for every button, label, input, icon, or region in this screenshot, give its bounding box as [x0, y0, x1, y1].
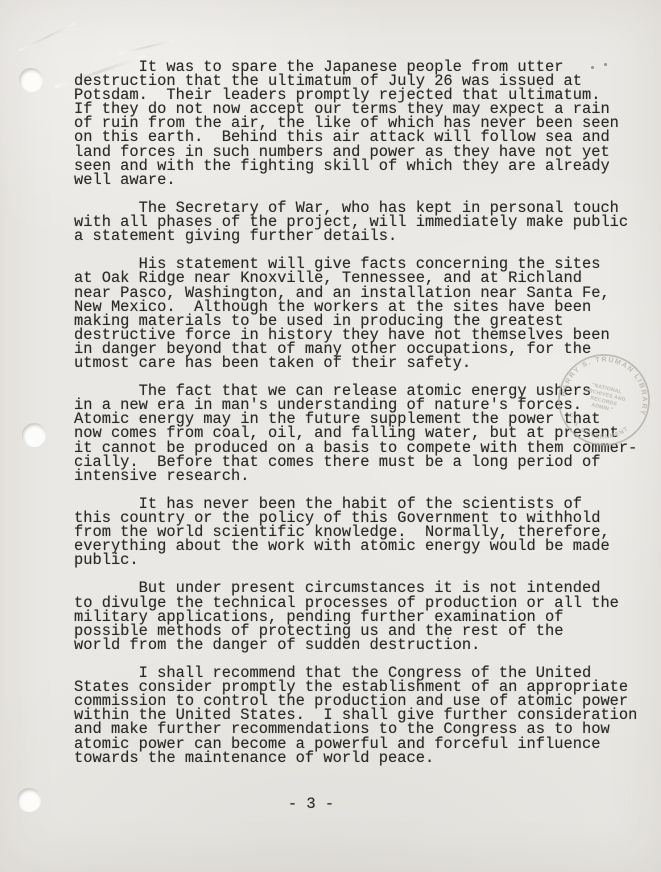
hole-punch	[22, 423, 46, 447]
paragraph: The Secretary of War, who has kept in pe…	[74, 201, 637, 243]
paragraph: It was to spare the Japanese people from…	[74, 60, 637, 187]
paragraph: But under present circumstances it is no…	[74, 581, 637, 651]
archives-stamp: HARRY S. TRUMAN LIBRARY U. S. GOVERNMENT…	[557, 353, 651, 447]
paragraph: His statement will give facts concerning…	[74, 257, 637, 370]
crease-mark	[19, 23, 76, 52]
document-page: It was to spare the Japanese people from…	[0, 0, 661, 872]
document-body: It was to spare the Japanese people from…	[74, 60, 637, 779]
page-number: - 3 -	[0, 795, 622, 813]
paragraph: It has never been the habit of the scien…	[74, 497, 637, 567]
paragraph: The fact that we can release atomic ener…	[74, 384, 637, 483]
hole-punch	[19, 68, 43, 92]
paragraph: I shall recommend that the Congress of t…	[74, 666, 637, 765]
crease-mark	[119, 39, 176, 54]
